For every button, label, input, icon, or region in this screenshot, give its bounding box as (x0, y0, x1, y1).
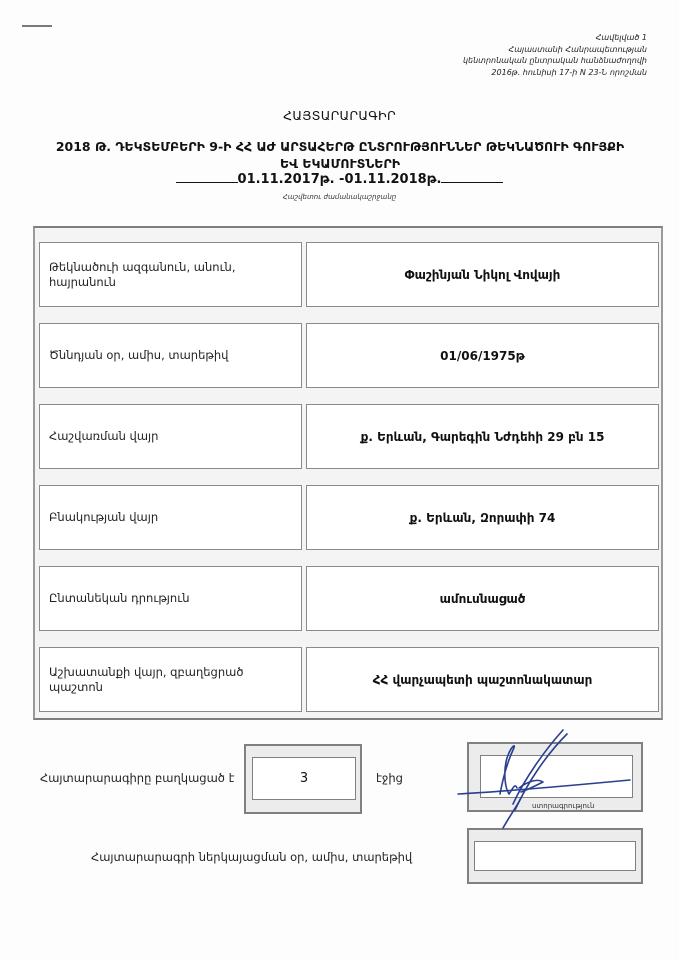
scan-mark (22, 25, 52, 27)
underline-left (176, 181, 238, 183)
field-value: ՀՀ վարչապետի պաշտոնակատար (306, 647, 659, 712)
field-value: Փաշինյան Նիկոլ Վովայի (306, 242, 659, 307)
reporting-period-value: 01.11.2017թ. -01.11.2018թ. (238, 172, 442, 187)
annex-line: 2016թ. հունիսի 17-ի N 23-Ն որոշման (387, 67, 647, 79)
field-value: ամուսնացած (306, 566, 659, 631)
document-title: ՀԱՅՏԱՐԱՐԱԳԻՐ (0, 108, 679, 123)
field-label: Ծննդյան օր, ամիս, տարեթիվ (39, 323, 302, 388)
submission-date-label: Հայտարարագրի ներկայացման օր, ամիս, տարեթ… (91, 850, 412, 864)
page-count-value: 3 (252, 757, 356, 800)
annex-header: Հավելված 1 Հայաստանի Հանրապետության կենտ… (387, 32, 647, 78)
field-label: Աշխատանքի վայր, զբաղեցրած պաշտոն (39, 647, 302, 712)
field-row-marital-status: Ընտանեկան դրություն ամուսնացած (35, 566, 661, 631)
field-label: Թեկնածուի ազգանուն, անուն, հայրանուն (39, 242, 302, 307)
page-count-label: Հայտարարագիրը բաղկացած է (40, 771, 235, 785)
reporting-period: 01.11.2017թ. -01.11.2018թ. (0, 172, 679, 187)
field-value: ք. Երևան, Զորափի 74 (306, 485, 659, 550)
submission-date-field (474, 841, 636, 871)
field-row-registration: Հաշվառման վայր ք. Երևան, Գարեգին Նժդեհի … (35, 404, 661, 469)
document-subtitle: 2018 Թ. ԴԵԿՏԵՄԲԵՐԻ 9-Ի ՀՀ ԱԺ ԱՐՏԱՀԵՐԹ ԸՆ… (30, 138, 650, 172)
field-row-employment: Աշխատանքի վայր, զբաղեցրած պաշտոն ՀՀ վարչ… (35, 647, 661, 712)
subtitle-line-2: ԵՎ ԵԿԱՄՈՒՏՆԵՐԻ (30, 155, 650, 172)
field-row-name: Թեկնածուի ազգանուն, անուն, հայրանուն Փաշ… (35, 242, 661, 307)
field-label: Հաշվառման վայր (39, 404, 302, 469)
handwritten-signature (455, 728, 635, 838)
field-row-residence: Բնակության վայր ք. Երևան, Զորափի 74 (35, 485, 661, 550)
subtitle-line-1: 2018 Թ. ԴԵԿՏԵՄԲԵՐԻ 9-Ի ՀՀ ԱԺ ԱՐՏԱՀԵՐԹ ԸՆ… (30, 138, 650, 155)
field-value: ք. Երևան, Գարեգին Նժդեհի 29 բն 15 (306, 404, 659, 469)
annex-line: Հավելված 1 (387, 32, 647, 44)
page-count-box: 3 (244, 744, 362, 814)
candidate-info-frame: Թեկնածուի ազգանուն, անուն, հայրանուն Փաշ… (33, 226, 663, 720)
page-count-suffix: էջից (376, 771, 403, 785)
field-label: Ընտանեկան դրություն (39, 566, 302, 631)
field-value: 01/06/1975թ (306, 323, 659, 388)
field-row-birthdate: Ծննդյան օր, ամիս, տարեթիվ 01/06/1975թ (35, 323, 661, 388)
signature-strokes (458, 730, 630, 828)
annex-line: Հայաստանի Հանրապետության (387, 44, 647, 56)
annex-line: կենտրոնական ընտրական հանձնաժողովի (387, 55, 647, 67)
reporting-period-caption: Հաշվետու ժամանակաշրջանը (0, 193, 679, 201)
underline-right (441, 181, 503, 183)
field-label: Բնակության վայր (39, 485, 302, 550)
